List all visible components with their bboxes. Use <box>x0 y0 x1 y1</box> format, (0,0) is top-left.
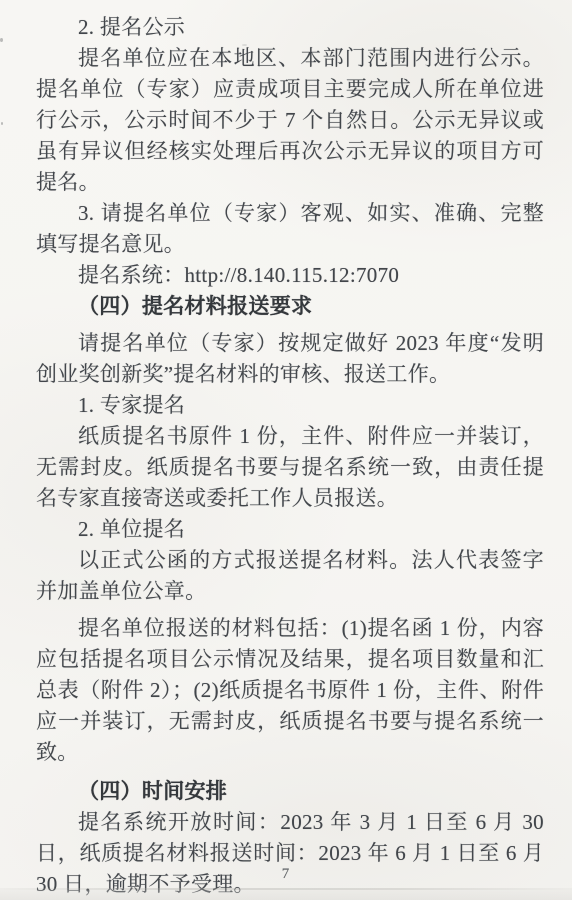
paragraph-schedule-details: 提名系统开放时间：2023 年 3 月 1 日至 6 月 30 日，纸质提名材料… <box>36 807 544 900</box>
section-heading-material-submission: （四）提名材料报送要求 <box>36 291 544 322</box>
paragraph-expert-nomination-details: 纸质提名书原件 1 份，主件、附件应一并装订，无需封皮。纸质提名书要与提名系统一… <box>36 421 544 514</box>
scan-edge-band <box>0 890 572 900</box>
scan-speck <box>1 122 3 125</box>
item-heading-unit-nomination: 2. 单位提名 <box>36 514 544 545</box>
nomination-system-url: 提名系统：http://8.140.115.12:7070 <box>36 260 544 291</box>
paragraph-unit-materials-list: 提名单位报送的材料包括：(1)提名函 1 份，内容应包括提名项目公示情况及结果，… <box>36 613 544 768</box>
scanned-document-page: 2. 提名公示 提名单位应在本地区、本部门范围内进行公示。提名单位（专家）应责成… <box>0 0 572 900</box>
paragraph-unit-nomination-details: 以正式公函的方式报送提名材料。法人代表签字并加盖单位公章。 <box>36 545 544 607</box>
scan-speck <box>242 44 247 46</box>
document-text-block: 2. 提名公示 提名单位应在本地区、本部门范围内进行公示。提名单位（专家）应责成… <box>36 12 544 900</box>
item-heading-nomination-publicity: 2. 提名公示 <box>36 12 544 43</box>
scan-speck <box>0 38 3 42</box>
paragraph-material-review: 请提名单位（专家）按规定做好 2023 年度“发明创业奖创新奖”提名材料的审核、… <box>36 328 544 390</box>
paragraph-fill-opinions: 3. 请提名单位（专家）客观、如实、准确、完整填写提名意见。 <box>36 198 544 260</box>
item-heading-expert-nomination: 1. 专家提名 <box>36 390 544 421</box>
paragraph-publicity-requirements: 提名单位应在本地区、本部门范围内进行公示。提名单位（专家）应责成项目主要完成人所… <box>36 43 544 198</box>
section-heading-schedule: （四）时间安排 <box>36 776 544 807</box>
page-number: 7 <box>0 866 572 883</box>
